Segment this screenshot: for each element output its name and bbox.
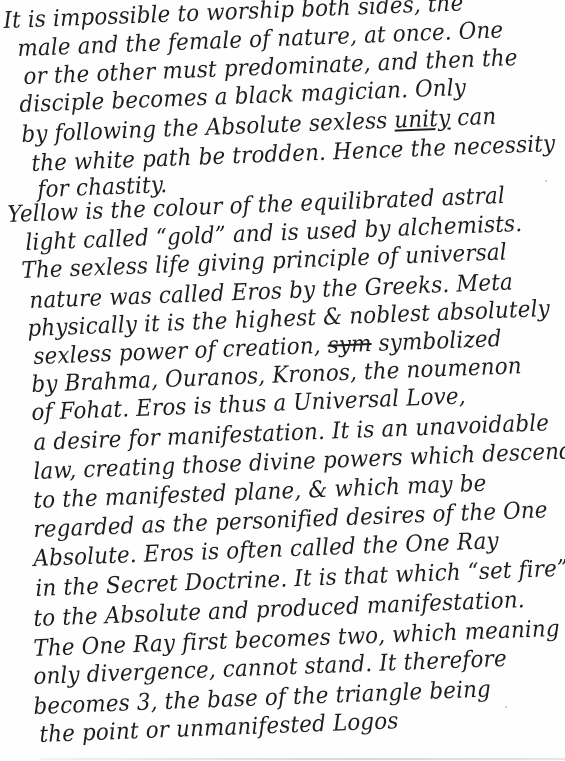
- paper-speck: [545, 180, 547, 182]
- underlined-word-unity: unity: [394, 106, 451, 134]
- paper-speck: [505, 706, 507, 708]
- paper-speck: [40, 705, 42, 707]
- page-bottom-edge: [40, 758, 565, 760]
- struck-word-sym: sym: [327, 331, 372, 359]
- line-13-text-b: symbolized: [371, 326, 502, 357]
- manuscript-page: It is impossible to worship both sides, …: [0, 0, 565, 761]
- line-5-text-b: can: [450, 104, 497, 132]
